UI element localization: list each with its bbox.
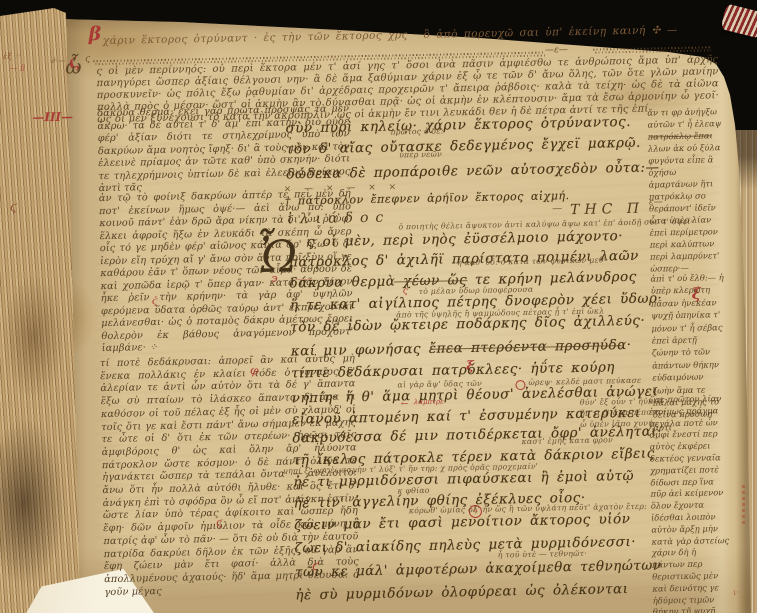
gloss-16-2: ἡ καθ' ὑδ: ὁ κατὰ τῶν φυσικῶν μεθ' (457, 255, 606, 267)
gloss-16-10: καστ' ἐμῆς κατα φρον (521, 435, 612, 446)
gloss-15-below: ὑπὲρ νεῶν (399, 150, 442, 160)
band-flourish: —ε— (545, 45, 568, 55)
heading-dash: — (552, 203, 562, 214)
red-gloss-word: λαμπτρε (414, 398, 444, 407)
right-scholia-lower: ὥτε πρῶτον λίαν ἑτοίμως πράγμα μεγάλα πο… (649, 393, 731, 613)
edge-mark-3: — π̄ (9, 64, 25, 73)
gloss-15-above: πρῶτος ὁ δέ: (391, 127, 444, 137)
quire-mark: β (88, 23, 101, 45)
catchline: χάριν ἕκτορος ὀτρύναντ · ἐς τὴν τῶν ἕκτο… (103, 24, 678, 47)
red-stigma-left-2: ϛ́ (152, 296, 158, 307)
heading-book-title: ἰλιάδοc (287, 210, 390, 228)
red-triple-stroke: —ΙΙΙ— (32, 110, 73, 125)
ruled-band-right (593, 46, 711, 53)
text-layer: β χάριν ἕκτορος ὀτρύναντ · ἐς τὴν τῶν ἕκ… (0, 0, 757, 613)
red-theta-curl: ϶ (271, 272, 277, 285)
red-arrow-mark: ← (401, 399, 409, 409)
edge-mark-1: ἐξ ⁘ (3, 52, 21, 61)
band-lead-flourish: ϛ (85, 54, 90, 64)
hypothesis-initial: ὦ (65, 60, 82, 72)
heading-book-number: ΤΗC Π (570, 201, 644, 218)
gloss-16-15: ἦ τοῦ ὑτὲ — τεθνηῶτ· (498, 549, 587, 560)
right-scholia-upper: ἄν τι φρ ἀνήγξω αὐτῶν τ' ἦ ἐλεαψ πατρόκλ… (647, 105, 724, 274)
manuscript-photo: ι· β χάριν ἕκτορος ὀτρύναντ · ἐς τὴν τῶν… (0, 0, 757, 613)
verse-line-16-1: ς οἱ μὲν, περὶ νηὸς ἐϋσσέλμοιο μάχοντο· (307, 228, 624, 250)
edge-mark-2: σ̄ — (51, 57, 65, 65)
red-stigma-left-1: ϛ (10, 200, 17, 214)
red-stigma-left-3: ϛ (216, 516, 222, 529)
